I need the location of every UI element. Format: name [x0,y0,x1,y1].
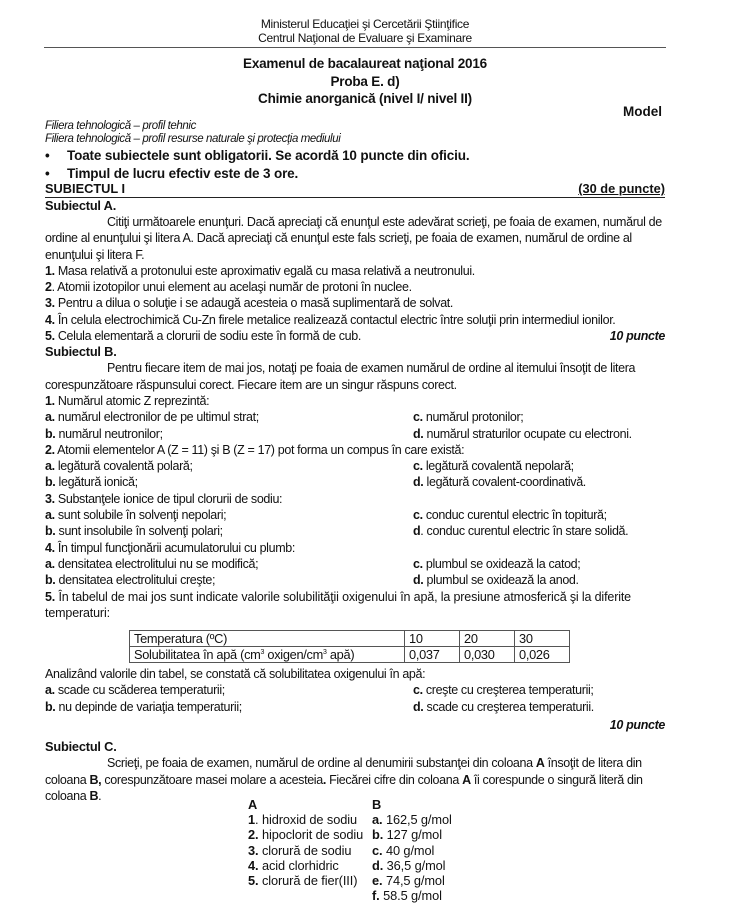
option: b. numărul neutronilor; [45,426,413,442]
subiectul-A-instructions: Citiţi următoarele enunţuri. Dacă apreci… [45,214,665,263]
column-A-empty [248,888,372,903]
mcq-item: 2. Atomii elementelor A (Z = 11) şi B (Z… [45,442,665,491]
mcq-item: 4. În timpul funcţionării acumulatorului… [45,540,665,589]
mcq-item-table: 5. În tabelul de mai jos sunt indicate v… [45,589,665,715]
instruction-item: •Timpul de lucru efectiv este de 3 ore. [45,165,665,183]
mcq-item: 1. Numărul atomic Z reprezintă: a. număr… [45,393,665,442]
subiectul-A: Subiectul A. Citiţi următoarele enunţuri… [45,198,665,344]
option: a. numărul electronilor de pe ultimul st… [45,409,413,425]
option: d. plumbul se oxidează la anod. [413,572,665,588]
column-B-item: e. 74,5 g/mol [372,873,492,888]
option: b. densitatea electrolitului creşte; [45,572,413,588]
instruction-item: •Toate subiectele sunt obligatorii. Se a… [45,147,665,165]
column-B-item: d. 36,5 g/mol [372,858,492,873]
table-row: Temperatura (ºC) 10 20 30 [130,631,570,647]
option: a. sunt solubile în solvenţi nepolari; [45,507,413,523]
option: c. plumbul se oxidează la catod; [413,556,665,572]
ministry-name: Ministerul Educaţiei şi Cercetării Ştiin… [0,18,730,32]
table-cell: Solubilitatea în apă (cm3 oxigen/cm3 apă… [130,647,405,663]
subiectul-I-heading: SUBIECTUL I (30 de puncte) [45,182,665,198]
table-cell: 0,030 [460,647,515,663]
option: c. numărul protonilor; [413,409,665,425]
exam-page: Ministerul Educaţiei şi Cercetării Ştiin… [0,0,730,909]
option: a. legătură covalentă polară; [45,458,413,474]
column-A-item: 5. clorură de fier(III) [248,873,372,888]
section-title: SUBIECTUL I [45,182,125,196]
table-cell: 30 [515,631,570,647]
option: d. legătură covalent-coordinativă. [413,474,665,490]
column-B-item: c. 40 g/mol [372,843,492,858]
statement-item: 3. Pentru a dilua o soluţie i se adaugă … [45,295,665,311]
solubility-table: Temperatura (ºC) 10 20 30 Solubilitatea … [129,630,570,663]
matching-columns: A B 1. hidroxid de sodiu a. 162,5 g/mol … [248,797,492,903]
column-A-item: 2. hipoclorit de sodiu [248,827,372,842]
bullet-icon: • [45,147,50,165]
column-A-item: 4. acid clorhidric [248,858,372,873]
exam-content: Filiera tehnologică – profil tehnic Fili… [45,120,665,804]
option: c. creşte cu creşterea temperaturii; [413,682,665,698]
subiectul-B-title: Subiectul B. [45,344,665,360]
ministry-header: Ministerul Educaţiei şi Cercetării Ştiin… [0,18,730,45]
subiectul-C-title: Subiectul C. [45,739,665,755]
subiectul-C: Subiectul C. Scrieţi, pe foaia de examen… [45,739,665,804]
column-A-header: A [248,797,372,812]
exam-title: Examenul de bacalaureat naţional 2016 [0,55,730,73]
table-cell: Temperatura (ºC) [130,631,405,647]
mcq-item: 3. Substanţele ionice de tipul clorurii … [45,491,665,540]
option: d. numărul straturilor ocupate cu electr… [413,426,665,442]
section-points: (30 de puncte) [578,182,665,196]
subiectul-A-title: Subiectul A. [45,198,665,214]
option: c. conduc curentul electric în topitură; [413,507,665,523]
option: d. conduc curentul electric în stare sol… [413,523,665,539]
column-A-item: 1. hidroxid de sodiu [248,812,372,827]
statement-item: 2. Atomii izotopilor unui element au ace… [45,279,665,295]
subiectul-B-points: 10 puncte [45,717,665,733]
exam-proba: Proba E. d) [0,73,730,91]
statement-item: 1. Masa relativă a protonului este aprox… [45,263,665,279]
subiectul-B-instructions: Pentru fiecare item de mai jos, notaţi p… [45,360,665,393]
bullet-icon: • [45,165,50,183]
column-A-item: 3. clorură de sodiu [248,843,372,858]
filiera-list: Filiera tehnologică – profil tehnic Fili… [45,120,665,145]
table-cell: 10 [405,631,460,647]
statement-item-last: 5. Celula elementară a clorurii de sodiu… [45,328,665,344]
table-analysis-stem: Analizând valorile din tabel, se constat… [45,666,665,682]
column-B-item: f. 58.5 g/mol [372,888,492,903]
subiectul-A-points: 10 puncte [610,328,665,344]
table-cell: 20 [460,631,515,647]
subiectul-B: Subiectul B. Pentru fiecare item de mai … [45,344,665,733]
option: b. sunt insolubile în solvenţi polari; [45,523,413,539]
header-divider [44,47,666,48]
option: a. densitatea electrolitului nu se modif… [45,556,413,572]
exam-subject: Chimie anorganică (nivel I/ nivel II) [0,90,730,108]
option: a. scade cu scăderea temperaturii; [45,682,413,698]
model-label: Model [623,104,662,119]
table-cell: 0,037 [405,647,460,663]
filiera-line: Filiera tehnologică – profil tehnic [45,120,665,133]
table-row: Solubilitatea în apă (cm3 oxigen/cm3 apă… [130,647,570,663]
option: b. nu depinde de variaţia temperaturii; [45,699,413,715]
general-instructions: •Toate subiectele sunt obligatorii. Se a… [45,147,665,182]
column-B-header: B [372,797,492,812]
filiera-line: Filiera tehnologică – profil resurse nat… [45,133,665,146]
option: c. legătură covalentă nepolară; [413,458,665,474]
column-B-item: b. 127 g/mol [372,827,492,842]
option: d. scade cu creşterea temperaturii. [413,699,665,715]
table-cell: 0,026 [515,647,570,663]
statement-item: 4. În celula electrochimică Cu-Zn firele… [45,312,665,328]
exam-titles: Examenul de bacalaureat naţional 2016 Pr… [0,55,730,108]
column-B-item: a. 162,5 g/mol [372,812,492,827]
evaluation-center-name: Centrul Naţional de Evaluare şi Examinar… [0,32,730,46]
option: b. legătură ionică; [45,474,413,490]
